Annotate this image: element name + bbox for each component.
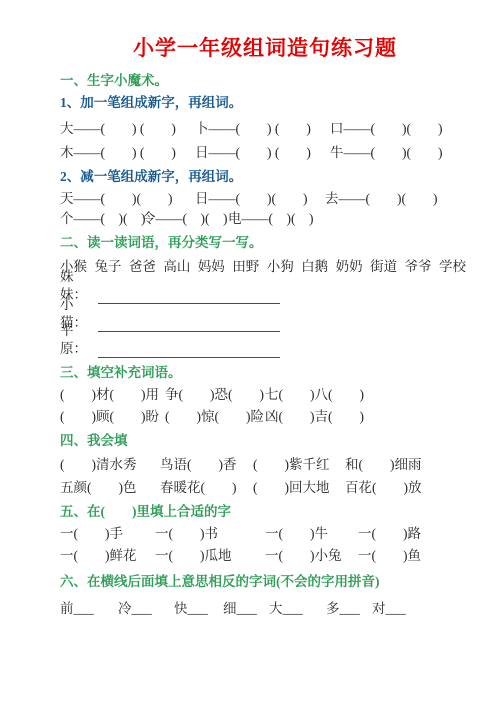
fill-blank-cell: 一( )瓜地 <box>155 547 265 565</box>
word-item: 小狗 <box>267 258 294 276</box>
fill-blank-cell: 一( )鲜花 <box>60 547 155 565</box>
fill-blank-cell: ( )材( )用 <box>60 386 165 404</box>
section-2-heading: 二、读一读词语，再分类写一写。 <box>60 234 470 252</box>
exercise-5-row-2: 一( )鲜花 一( )瓜地 一( )小兔 一( )鱼 <box>60 547 470 565</box>
fill-blank-cell: 百花( )放 <box>345 479 422 497</box>
fill-blank-cell: 去——( )( ) <box>325 190 437 208</box>
fill-blank-cell: 牛——( )( ) <box>330 144 442 162</box>
fill-blank-cell: 一( )鱼 <box>358 547 421 565</box>
word-item: 白鹅 <box>301 258 328 276</box>
fill-blank-cell: 口——( )( ) <box>330 120 442 138</box>
exercise-2-row-2: 个——( )( ) 令——( )( ) 电——( )( ) <box>60 210 470 228</box>
category-row: 小猫： <box>60 314 470 332</box>
fill-blank-cell: 天——( )( ) <box>60 190 195 208</box>
category-row: 妹妹： <box>60 286 470 304</box>
exercise-1-row-2: 木——( ) ( ) 日——( ) ( ) 牛——( )( ) <box>60 144 470 162</box>
fill-blank-cell: 一( )路 <box>358 525 421 543</box>
word-item: 兔子 <box>94 258 121 276</box>
section-4-heading: 四、我会填 <box>60 432 470 450</box>
exercise-6-row: 前___ 冷___ 快___ 细___ 大___ 多___ 对___ <box>60 600 470 618</box>
category-label: 平原： <box>60 322 97 358</box>
opposite-word-item: 大___ <box>269 600 326 618</box>
fill-blank-cell: 大——( ) ( ) <box>60 120 195 138</box>
fill-blank-cell: 一( )手 <box>60 525 155 543</box>
answer-line <box>98 288 280 304</box>
word-item: 奶奶 <box>336 258 363 276</box>
fill-blank-cell: ( )清水秀 <box>60 456 160 474</box>
fill-blank-cell: 春暖花( ) <box>160 479 253 497</box>
fill-blank-cell: 令——( )( ) <box>142 210 228 228</box>
category-row: 平原： <box>60 340 470 358</box>
word-item: 妈妈 <box>198 258 225 276</box>
fill-blank-cell: 争( )恐( ) <box>165 386 265 404</box>
section-1-heading: 一、生字小魔术。 <box>60 72 470 90</box>
fill-blank-cell: 一( )小兔 <box>265 547 358 565</box>
word-item: 学校 <box>439 258 466 276</box>
word-item: 高山 <box>163 258 190 276</box>
fill-blank-cell: 和( )细雨 <box>345 456 422 474</box>
word-item: 爸爸 <box>129 258 156 276</box>
fill-blank-cell: ( )回大地 <box>253 479 345 497</box>
answer-line <box>98 316 280 332</box>
opposite-word-item: 快___ <box>174 600 223 618</box>
exercise-2-row-1: 天——( )( ) 日——( )( ) 去——( )( ) <box>60 190 470 208</box>
fill-blank-cell: 凶( )吉( ) <box>265 408 364 426</box>
opposite-word-item: 多___ <box>326 600 372 618</box>
section-5-heading: 五、在( )里填上合适的字 <box>60 503 470 521</box>
opposite-word-item: 冷___ <box>118 600 174 618</box>
fill-blank-cell: ( )紫千红 <box>253 456 345 474</box>
fill-blank-cell: 一( )书 <box>155 525 265 543</box>
fill-blank-cell: ( )顾( )盼 <box>60 408 165 426</box>
opposite-word-item: 细___ <box>223 600 269 618</box>
fill-blank-cell: 日——( )( ) <box>195 190 325 208</box>
worksheet-page: 小学一年级组词造句练习题 一、生字小魔术。 1、加一笔组成新字，再组词。 大——… <box>0 0 500 618</box>
opposite-word-item: 前___ <box>60 600 118 618</box>
opposite-word-item: 对___ <box>372 600 406 618</box>
word-list: 小猴 兔子 爸爸 高山 妈妈 田野 小狗 白鹅 奶奶 街道 爷爷 学校 <box>60 258 466 276</box>
answer-line <box>98 342 280 358</box>
exercise-1-subheading: 1、加一笔组成新字，再组词。 <box>60 94 470 112</box>
exercise-2-subheading: 2、减一笔组成新字，再组词。 <box>60 168 470 186</box>
word-item: 田野 <box>232 258 259 276</box>
exercise-4-row-2: 五颜( )色 春暖花( ) ( )回大地 百花( )放 <box>60 479 470 497</box>
section-6-heading: 六、在横线后面填上意思相反的字词(不会的字用拼音) <box>60 573 470 591</box>
exercise-4-row-1: ( )清水秀 鸟语( )香 ( )紫千红 和( )细雨 <box>60 456 470 474</box>
exercise-3-row-1: ( )材( )用 争( )恐( ) 七( )八( ) <box>60 386 470 404</box>
fill-blank-cell: 日——( ) ( ) <box>195 144 330 162</box>
fill-blank-cell: 一( )牛 <box>265 525 358 543</box>
fill-blank-cell: 五颜( )色 <box>60 479 160 497</box>
fill-blank-cell: ( )惊( )险 <box>165 408 265 426</box>
fill-blank-cell: 木——( ) ( ) <box>60 144 195 162</box>
page-title: 小学一年级组词造句练习题 <box>60 34 470 62</box>
fill-blank-cell: 个——( )( ) <box>60 210 142 228</box>
fill-blank-cell: 鸟语( )香 <box>160 456 253 474</box>
word-item: 爷爷 <box>405 258 432 276</box>
word-item: 街道 <box>370 258 397 276</box>
fill-blank-cell: 电——( )( ) <box>228 210 313 228</box>
fill-blank-cell: 卜——( ) ( ) <box>195 120 330 138</box>
section-3-heading: 三、填空补充词语。 <box>60 364 470 382</box>
exercise-5-row-1: 一( )手 一( )书 一( )牛 一( )路 <box>60 525 470 543</box>
exercise-1-row-1: 大——( ) ( ) 卜——( ) ( ) 口——( )( ) <box>60 120 470 138</box>
fill-blank-cell: 七( )八( ) <box>265 386 364 404</box>
exercise-3-row-2: ( )顾( )盼 ( )惊( )险 凶( )吉( ) <box>60 408 470 426</box>
